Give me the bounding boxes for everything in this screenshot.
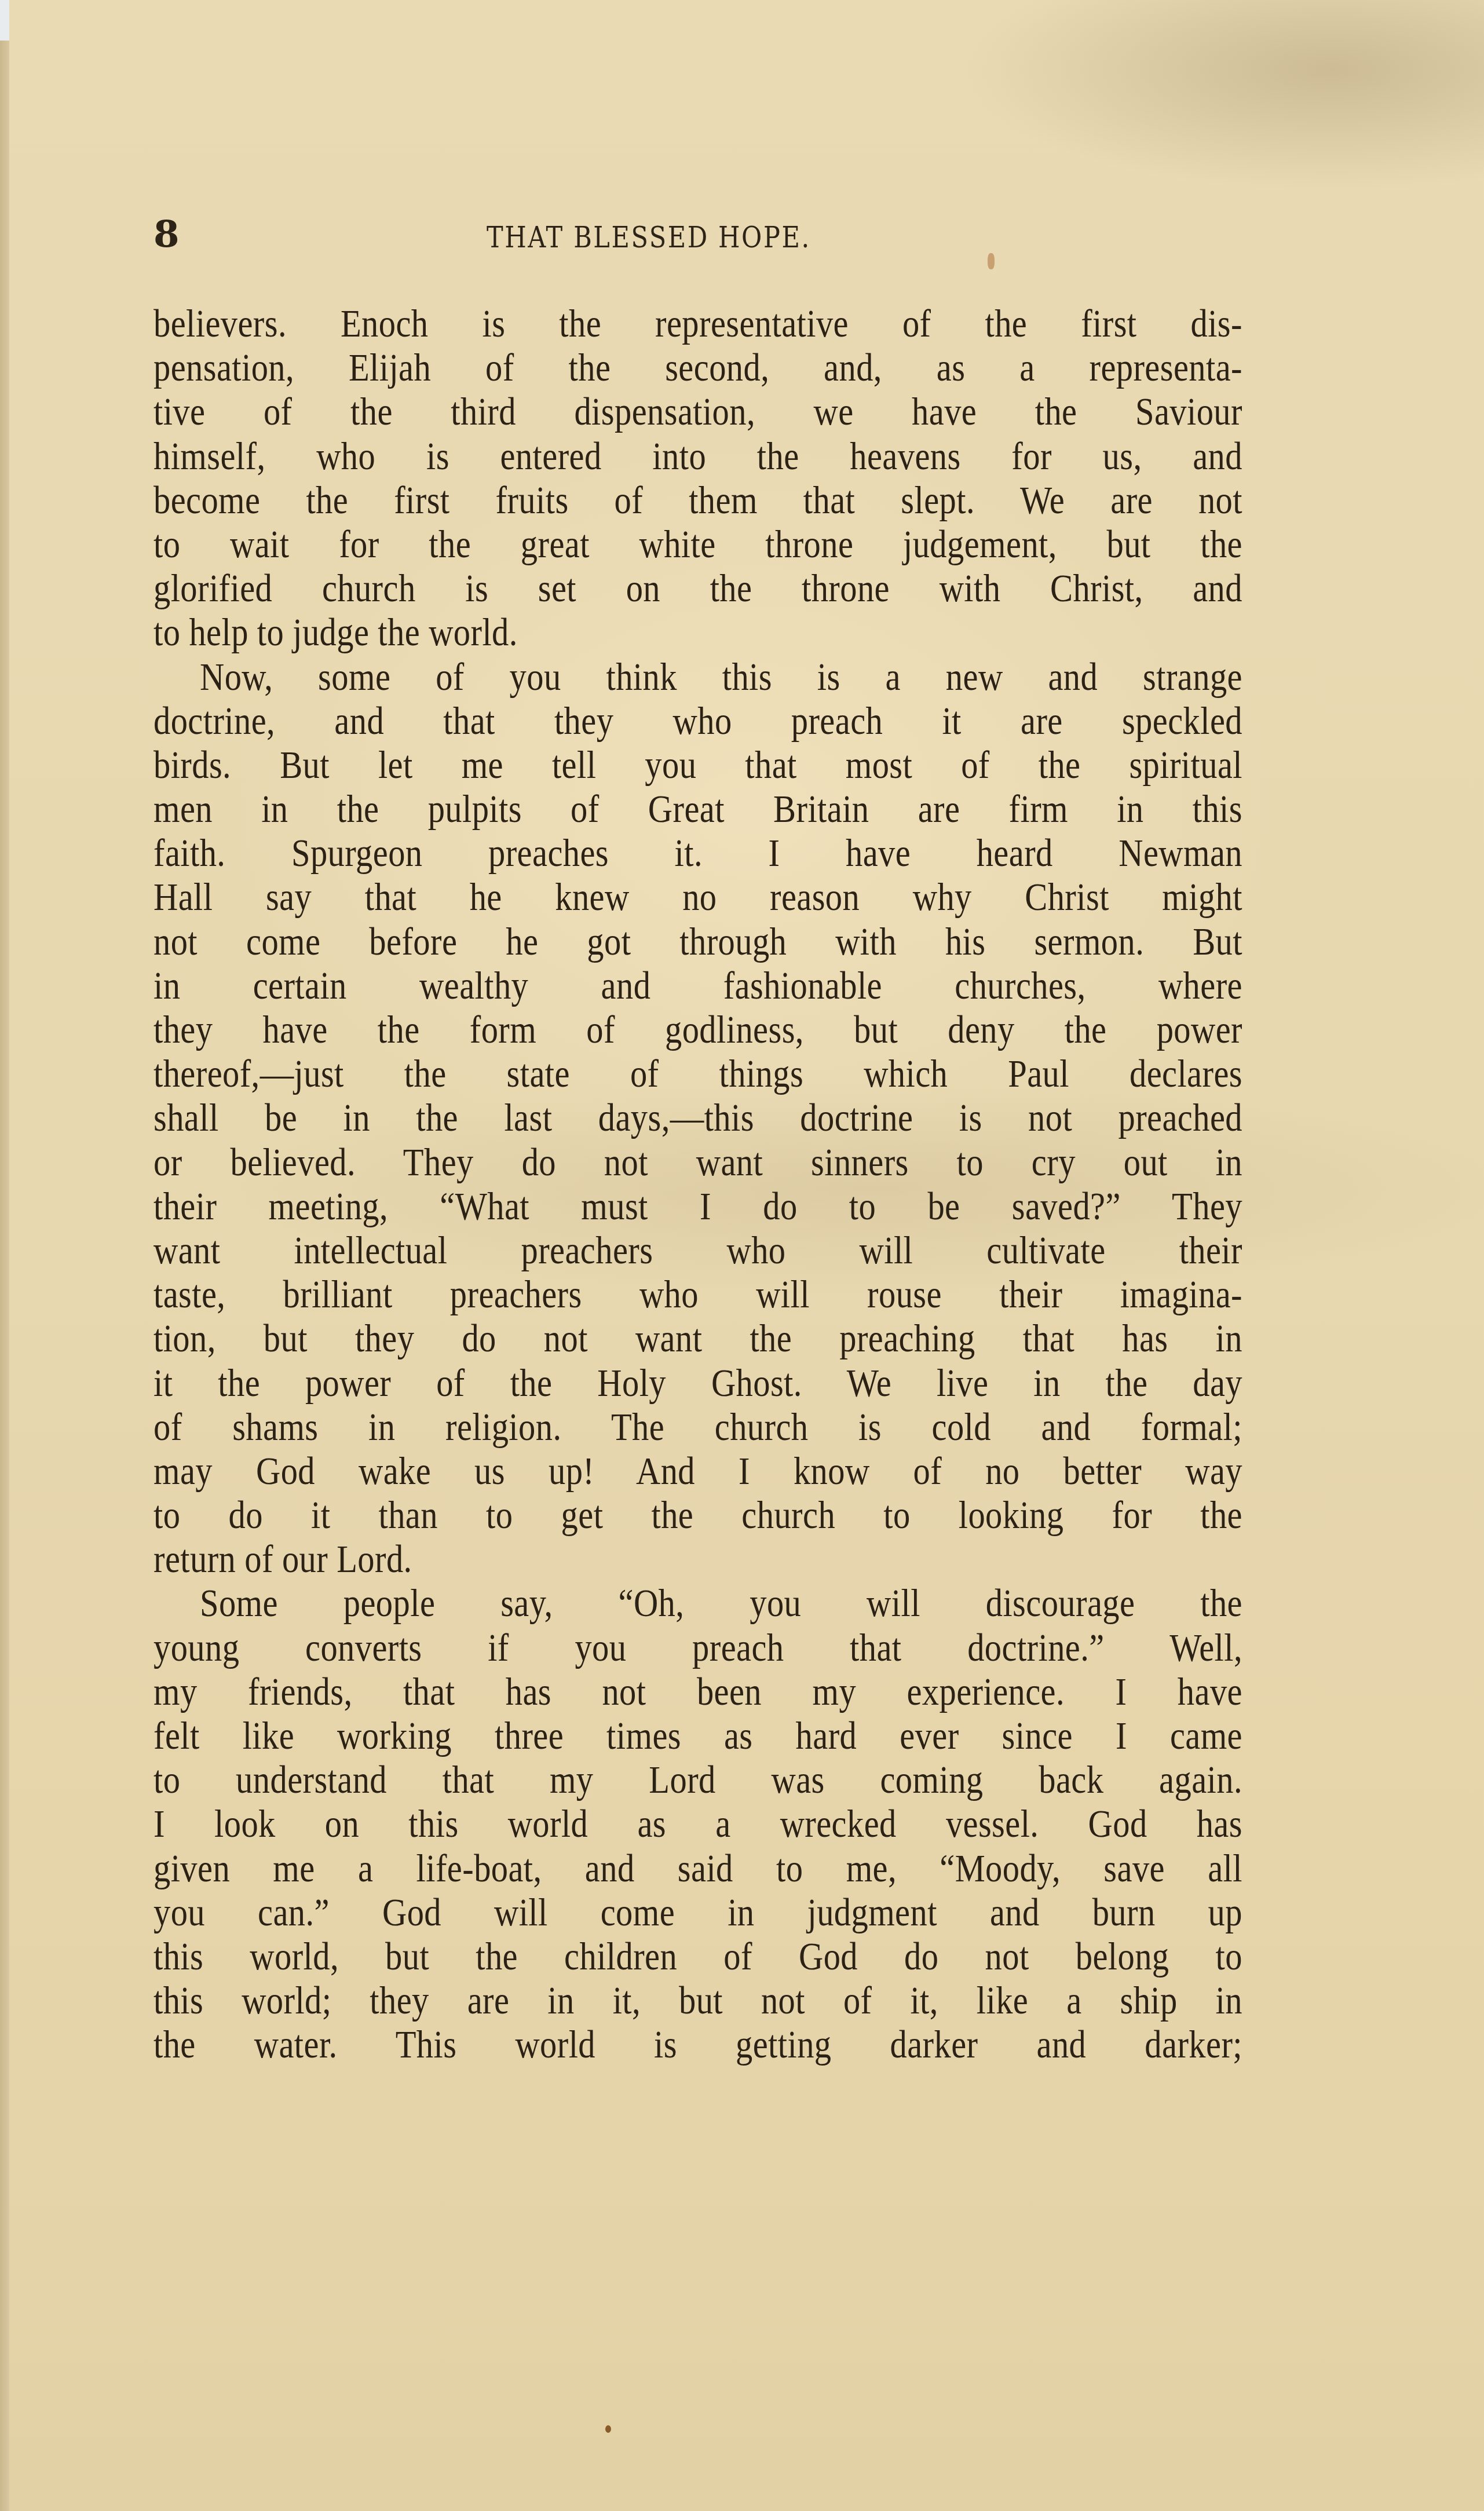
paragraph: Now, some of you think this is a new and… [153, 655, 1242, 1581]
scan-background-strip [0, 0, 9, 41]
text-line: young converts if you preach that doctri… [153, 1625, 1242, 1669]
text-line: birds. But let me tell you that most of … [153, 743, 1242, 787]
text-line: faith. Spurgeon preaches it. I have hear… [153, 831, 1242, 875]
text-line: I look on this world as a wrecked vessel… [153, 1801, 1242, 1845]
text-line: my friends, that has not been my experie… [153, 1669, 1242, 1713]
text-line: this world; they are in it, but not of i… [153, 1978, 1242, 2022]
text-line: to wait for the great white throne judge… [153, 522, 1242, 566]
text-line: himself, who is entered into the heavens… [153, 434, 1242, 478]
paragraph: believers. Enoch is the representative o… [153, 301, 1242, 655]
text-line: glorified church is set on the throne wi… [153, 566, 1242, 610]
text-line: not come before he got through with his … [153, 919, 1242, 963]
text-line: this world, but the children of God do n… [153, 1934, 1242, 1978]
text-line: to help to judge the world. [153, 610, 1242, 654]
text-line: thereof,—just the state of things which … [153, 1051, 1242, 1095]
text-line: to understand that my Lord was coming ba… [153, 1757, 1242, 1801]
running-title: THAT BLESSED HOPE. [487, 214, 811, 261]
text-line: felt like working three times as hard ev… [153, 1713, 1242, 1757]
text-line: of shams in religion. The church is cold… [153, 1405, 1242, 1449]
text-line: you can.” God will come in judgment and … [153, 1890, 1242, 1934]
text-line: Some people say, “Oh, you will discourag… [153, 1581, 1242, 1625]
text-line: shall be in the last days,—this doctrine… [153, 1095, 1242, 1139]
page-number: 8 [153, 209, 180, 261]
text-line: men in the pulpits of Great Britain are … [153, 787, 1242, 831]
text-line: Now, some of you think this is a new and… [153, 655, 1242, 699]
text-line: given me a life-boat, and said to me, “M… [153, 1846, 1242, 1890]
text-line: may God wake us up! And I know of no bet… [153, 1449, 1242, 1493]
text-line: return of our Lord. [153, 1537, 1242, 1581]
text-line: Hall say that he knew no reason why Chri… [153, 875, 1242, 919]
text-line: tive of the third dispensation, we have … [153, 389, 1242, 433]
text-line: taste, brilliant preachers who will rous… [153, 1272, 1242, 1316]
page-binding-edge [0, 41, 9, 2511]
paper-speck [988, 253, 995, 269]
book-page: 8 THAT BLESSED HOPE. believers. Enoch is… [0, 0, 1484, 2511]
text-line: want intellectual preachers who will cul… [153, 1228, 1242, 1272]
text-line: or believed. They do not want sinners to… [153, 1140, 1242, 1184]
text-line: pensation, Elijah of the second, and, as… [153, 345, 1242, 389]
text-line: it the power of the Holy Ghost. We live … [153, 1361, 1242, 1405]
text-line: tion, but they do not want the preaching… [153, 1316, 1242, 1360]
paragraph: Some people say, “Oh, you will discourag… [153, 1581, 1242, 2066]
text-line: to do it than to get the church to looki… [153, 1493, 1242, 1537]
text-line: their meeting, “What must I do to be sav… [153, 1184, 1242, 1228]
text-line: they have the form of godliness, but den… [153, 1007, 1242, 1051]
paper-speck [605, 2425, 611, 2433]
text-line: doctrine, and that they who preach it ar… [153, 699, 1242, 743]
text-line: believers. Enoch is the representative o… [153, 301, 1242, 345]
text-line: the water. This world is getting darker … [153, 2022, 1242, 2066]
text-line: in certain wealthy and fashionable churc… [153, 963, 1242, 1007]
body-text: believers. Enoch is the representative o… [153, 301, 1242, 2067]
text-line: become the first fruits of them that sle… [153, 478, 1242, 522]
running-head: 8 THAT BLESSED HOPE. [153, 209, 1242, 261]
